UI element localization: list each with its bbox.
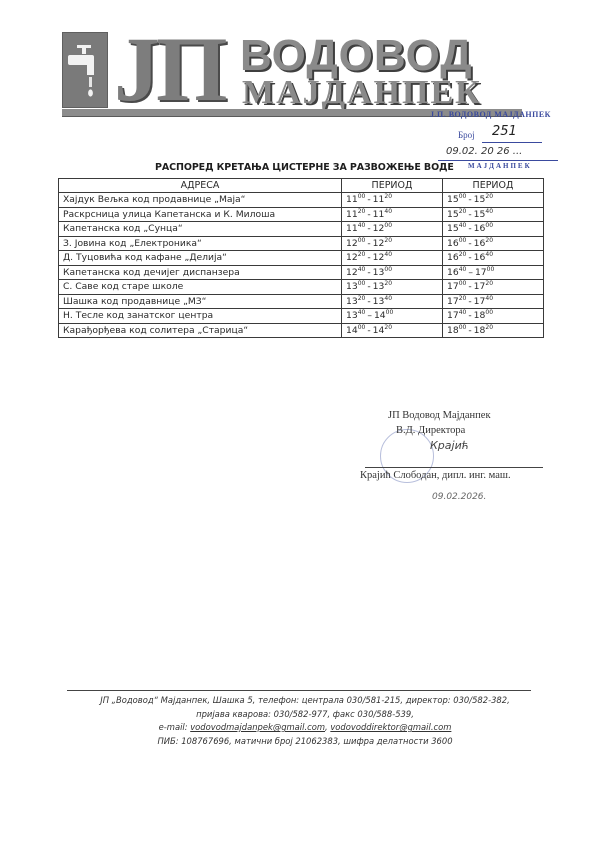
minutes: 20 bbox=[384, 193, 392, 200]
address-cell: Шашка код продавнице „МЗ“ bbox=[59, 294, 342, 309]
footer-address: ЈП „Водовод“ Мајданпек, Шашка 5, телефон… bbox=[60, 694, 550, 708]
minutes: 00 bbox=[386, 309, 394, 316]
email-link-director[interactable]: vodovoddirektor@gmail.com bbox=[330, 722, 451, 732]
minutes: 00 bbox=[384, 266, 392, 273]
hour: 16 bbox=[474, 238, 486, 249]
hour: 16 bbox=[447, 267, 459, 278]
table-row: Н. Тесле код занатског центра1340–140017… bbox=[59, 309, 544, 324]
signature-line bbox=[365, 467, 543, 468]
minutes: 20 bbox=[485, 280, 493, 287]
minutes: 00 bbox=[485, 222, 493, 229]
stamp-organization: Ј.П. ВОДОВОД МАЈДАНПЕК bbox=[430, 110, 551, 119]
email-link-main[interactable]: vodovodmajdanpek@gmail.com bbox=[190, 722, 325, 732]
period-2-cell: 1520-1540 bbox=[443, 207, 544, 222]
period-1-cell: 1220-1240 bbox=[342, 251, 443, 266]
schedule-table: АДРЕСА ПЕРИОД ПЕРИОД Хајдук Вељка код пр… bbox=[58, 178, 544, 338]
address-cell: Хајдук Вељка код продавнице „Маја“ bbox=[59, 193, 342, 208]
stamp-date: 09.02. 20 26 ... bbox=[446, 146, 522, 157]
header-period-2: ПЕРИОД bbox=[443, 179, 544, 193]
table-header-row: АДРЕСА ПЕРИОД ПЕРИОД bbox=[59, 179, 544, 193]
period-1-cell: 1120-1140 bbox=[342, 207, 443, 222]
footer-registry: ПИБ: 108767696, матични број 21062383, ш… bbox=[60, 735, 550, 749]
range-separator: - bbox=[466, 310, 473, 321]
range-separator: - bbox=[365, 281, 372, 292]
hour: 13 bbox=[373, 267, 385, 278]
hour: 11 bbox=[346, 209, 358, 220]
stamp-number-label: Број bbox=[458, 130, 475, 140]
minutes: 40 bbox=[485, 251, 493, 258]
document-title: РАСПОРЕД КРЕТАЊА ЦИСТЕРНЕ ЗА РАЗВОЖЕЊЕ В… bbox=[155, 162, 454, 173]
table-row: Хајдук Вељка код продавнице „Маја“1100-1… bbox=[59, 193, 544, 208]
minutes: 00 bbox=[384, 222, 392, 229]
address-cell: Капетанска код „Сунца“ bbox=[59, 222, 342, 237]
stamp-date-line bbox=[438, 160, 558, 161]
footer-divider bbox=[67, 690, 531, 691]
range-separator: - bbox=[365, 252, 372, 263]
table-row: Раскрсница улица Капетанска и К. Милоша1… bbox=[59, 207, 544, 222]
period-2-cell: 1500-1520 bbox=[443, 193, 544, 208]
minutes: 00 bbox=[487, 266, 495, 273]
hour: 12 bbox=[373, 252, 385, 263]
minutes: 40 bbox=[384, 295, 392, 302]
minutes: 20 bbox=[485, 324, 493, 331]
table-row: С. Саве код старе школе1300-13201700-172… bbox=[59, 280, 544, 295]
range-separator: – bbox=[466, 267, 475, 278]
minutes: 20 bbox=[485, 237, 493, 244]
table-row: Капетанска код „Сунца“1140-12001540-1600 bbox=[59, 222, 544, 237]
hour: 18 bbox=[447, 325, 459, 336]
hour: 14 bbox=[346, 325, 358, 336]
hour: 15 bbox=[447, 223, 459, 234]
footer-contact: ЈП „Водовод“ Мајданпек, Шашка 5, телефон… bbox=[60, 694, 550, 748]
range-separator: - bbox=[466, 223, 473, 234]
range-separator: – bbox=[365, 310, 374, 321]
period-1-cell: 1140-1200 bbox=[342, 222, 443, 237]
water-tap-icon bbox=[62, 32, 108, 108]
period-2-cell: 1620-1640 bbox=[443, 251, 544, 266]
handwritten-signature: Крајић bbox=[430, 439, 469, 452]
header-address: АДРЕСА bbox=[59, 179, 342, 193]
logo-title: ВОДОВОД bbox=[240, 34, 473, 78]
period-1-cell: 1300-1320 bbox=[342, 280, 443, 295]
address-cell: С. Саве код старе школе bbox=[59, 280, 342, 295]
period-2-cell: 1740-1800 bbox=[443, 309, 544, 324]
hour: 17 bbox=[474, 296, 486, 307]
signature-role: В.Д. Директора bbox=[396, 425, 465, 436]
hour: 13 bbox=[373, 281, 385, 292]
hour: 14 bbox=[374, 310, 386, 321]
period-1-cell: 1340–1400 bbox=[342, 309, 443, 324]
period-2-cell: 1700-1720 bbox=[443, 280, 544, 295]
hour: 12 bbox=[346, 252, 358, 263]
address-cell: Д. Туцовића код кафане „Делија“ bbox=[59, 251, 342, 266]
period-1-cell: 1100-1120 bbox=[342, 193, 443, 208]
minutes: 40 bbox=[485, 295, 493, 302]
range-separator: - bbox=[466, 238, 473, 249]
table-row: Шашка код продавнице „МЗ“1320-13401720-1… bbox=[59, 294, 544, 309]
hour: 15 bbox=[447, 194, 459, 205]
logo-subtitle: МАЈДАНПЕК bbox=[242, 76, 482, 110]
minutes: 20 bbox=[384, 280, 392, 287]
stamp-number-line bbox=[482, 142, 542, 143]
period-1-cell: 1200-1220 bbox=[342, 236, 443, 251]
minutes: 20 bbox=[485, 193, 493, 200]
signatory-name: Крајић Слободан, дипл. инг. маш. bbox=[360, 470, 511, 481]
email-label: e-mail: bbox=[159, 722, 191, 732]
range-separator: - bbox=[365, 194, 372, 205]
minutes: 40 bbox=[384, 208, 392, 215]
hour: 15 bbox=[474, 194, 486, 205]
address-cell: Н. Тесле код занатског центра bbox=[59, 309, 342, 324]
hour: 15 bbox=[474, 209, 486, 220]
table-row: З. Јовина код „Електроника“1200-12201600… bbox=[59, 236, 544, 251]
hour: 18 bbox=[474, 310, 486, 321]
period-1-cell: 1400-1420 bbox=[342, 323, 443, 338]
hour: 11 bbox=[346, 223, 358, 234]
address-cell: Раскрсница улица Капетанска и К. Милоша bbox=[59, 207, 342, 222]
hour: 12 bbox=[346, 267, 358, 278]
period-2-cell: 1600-1620 bbox=[443, 236, 544, 251]
range-separator: - bbox=[365, 209, 372, 220]
hour: 13 bbox=[346, 310, 358, 321]
stamp-town: МАЈДАНПЕК bbox=[468, 162, 532, 170]
hour: 12 bbox=[373, 238, 385, 249]
minutes: 40 bbox=[485, 208, 493, 215]
range-separator: - bbox=[365, 267, 372, 278]
period-2-cell: 1540-1600 bbox=[443, 222, 544, 237]
hour: 17 bbox=[447, 296, 459, 307]
header-period-1: ПЕРИОД bbox=[342, 179, 443, 193]
range-separator: - bbox=[365, 296, 372, 307]
stamp-number-value: 251 bbox=[492, 124, 517, 139]
range-separator: - bbox=[466, 252, 473, 263]
hour: 17 bbox=[447, 310, 459, 321]
hour: 13 bbox=[346, 281, 358, 292]
minutes: 40 bbox=[384, 251, 392, 258]
period-2-cell: 1800-1820 bbox=[443, 323, 544, 338]
hour: 13 bbox=[346, 296, 358, 307]
period-2-cell: 1720-1740 bbox=[443, 294, 544, 309]
hour: 16 bbox=[447, 238, 459, 249]
range-separator: - bbox=[466, 325, 473, 336]
table-row: Карађорђева код солитера „Старица“1400-1… bbox=[59, 323, 544, 338]
hour: 15 bbox=[447, 209, 459, 220]
table-row: Капетанска код дечијег диспанзера1240-13… bbox=[59, 265, 544, 280]
hour: 17 bbox=[475, 267, 487, 278]
period-2-cell: 1640–1700 bbox=[443, 265, 544, 280]
footer-emails: e-mail: vodovodmajdanpek@gmail.com, vodo… bbox=[60, 721, 550, 735]
address-cell: Карађорђева код солитера „Старица“ bbox=[59, 323, 342, 338]
hour: 14 bbox=[373, 325, 385, 336]
address-cell: З. Јовина код „Електроника“ bbox=[59, 236, 342, 251]
footer-phones: пријава кварова: 030/582-977, факс 030/5… bbox=[60, 708, 550, 722]
range-separator: - bbox=[365, 238, 372, 249]
hour: 13 bbox=[373, 296, 385, 307]
minutes: 20 bbox=[384, 324, 392, 331]
period-1-cell: 1320-1340 bbox=[342, 294, 443, 309]
hour: 18 bbox=[474, 325, 486, 336]
hour: 16 bbox=[474, 252, 486, 263]
range-separator: - bbox=[466, 281, 473, 292]
period-1-cell: 1240-1300 bbox=[342, 265, 443, 280]
table-row: Д. Туцовића код кафане „Делија“1220-1240… bbox=[59, 251, 544, 266]
address-cell: Капетанска код дечијег диспанзера bbox=[59, 265, 342, 280]
hour: 11 bbox=[346, 194, 358, 205]
hour: 17 bbox=[447, 281, 459, 292]
range-separator: - bbox=[365, 325, 372, 336]
range-separator: - bbox=[365, 223, 372, 234]
hour: 11 bbox=[373, 194, 385, 205]
minutes: 00 bbox=[485, 309, 493, 316]
hour: 12 bbox=[373, 223, 385, 234]
hour: 16 bbox=[447, 252, 459, 263]
signature-organization: ЈП Водовод Мајданпек bbox=[388, 410, 491, 421]
logo-initials: ЈП bbox=[114, 24, 224, 114]
hour: 17 bbox=[474, 281, 486, 292]
minutes: 20 bbox=[384, 237, 392, 244]
hour: 12 bbox=[346, 238, 358, 249]
range-separator: - bbox=[466, 296, 473, 307]
range-separator: - bbox=[466, 209, 473, 220]
signature-date: 09.02.2026. bbox=[432, 492, 486, 502]
hour: 16 bbox=[474, 223, 486, 234]
range-separator: - bbox=[466, 194, 473, 205]
hour: 11 bbox=[373, 209, 385, 220]
